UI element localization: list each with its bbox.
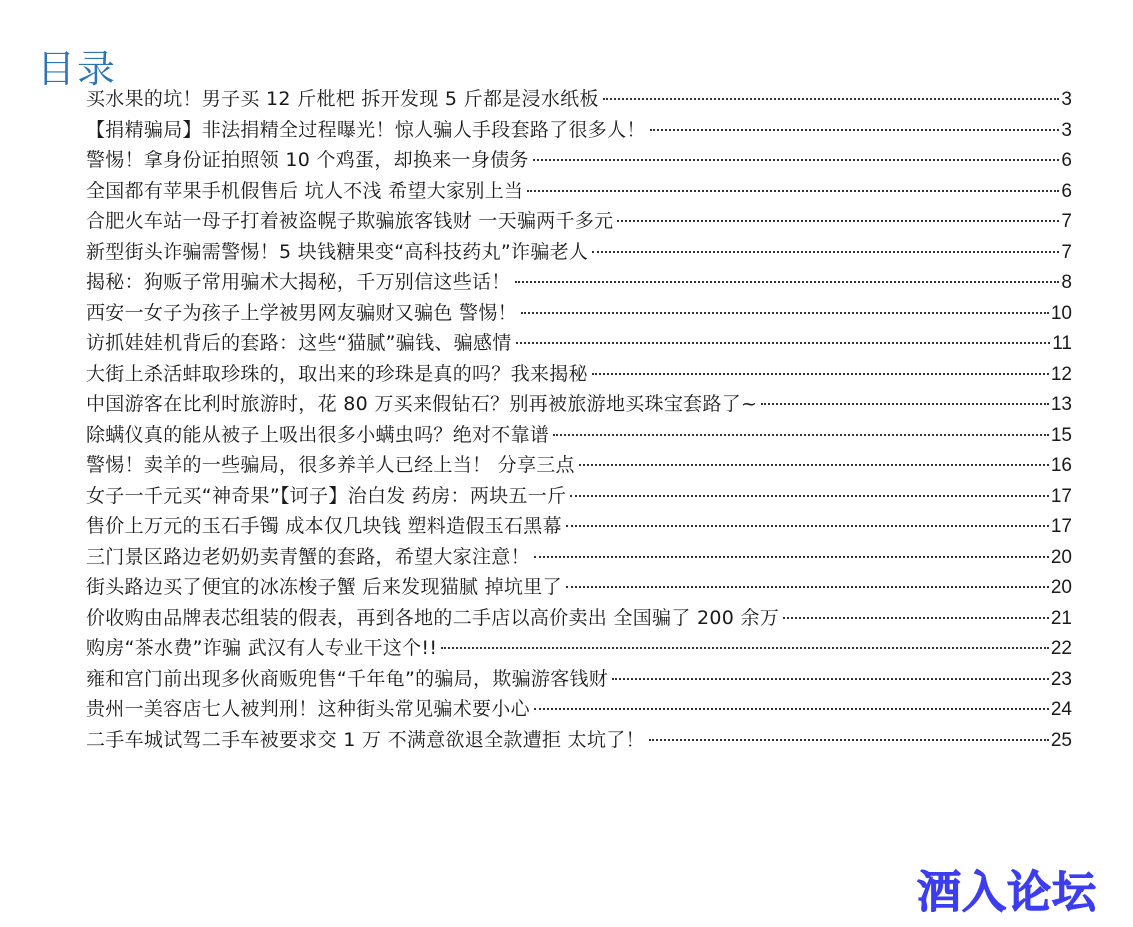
- toc-entry[interactable]: 售价上万元的玉石手镯 成本仅几块钱 塑料造假玉石黑幕17: [86, 511, 1072, 542]
- toc-entry[interactable]: 三门景区路边老奶奶卖青蟹的套路，希望大家注意！20: [86, 542, 1072, 573]
- toc-entry-page: 21: [1051, 604, 1072, 635]
- dot-leader: [603, 98, 1060, 100]
- toc-entry-page: 15: [1051, 421, 1072, 452]
- toc-entry[interactable]: 【捐精骗局】非法捐精全过程曝光！惊人骗人手段套路了很多人！3: [86, 115, 1072, 146]
- toc-entry-title: 贵州一美容店七人被判刑！这种街头常见骗术要小心: [86, 694, 530, 725]
- toc-entry[interactable]: 中国游客在比利时旅游时，花 80 万买来假钻石？别再被旅游地买珠宝套路了~13: [86, 389, 1072, 420]
- toc-entry-title: 买水果的坑！男子买 12 斤枇杷 拆开发现 5 斤都是浸水纸板: [86, 84, 599, 115]
- toc-entry[interactable]: 买水果的坑！男子买 12 斤枇杷 拆开发现 5 斤都是浸水纸板3: [86, 84, 1072, 115]
- dot-leader: [617, 220, 1059, 222]
- toc-entry-title: 访抓娃娃机背后的套路：这些“猫腻”骗钱、骗感情: [86, 328, 512, 359]
- toc-entry-title: 揭秘：狗贩子常用骗术大揭秘，千万别信这些话！: [86, 267, 511, 298]
- toc-entry-page: 6: [1061, 146, 1072, 177]
- toc-entry[interactable]: 西安一女子为孩子上学被男网友骗财又骗色 警惕！10: [86, 298, 1072, 329]
- toc-entry-page: 20: [1051, 543, 1072, 574]
- dot-leader: [783, 617, 1049, 619]
- dot-leader: [592, 251, 1059, 253]
- toc-entry[interactable]: 访抓娃娃机背后的套路：这些“猫腻”骗钱、骗感情11: [86, 328, 1072, 359]
- toc-entry[interactable]: 女子一千元买“神奇果”【诃子】治白发 药房：两块五一斤17: [86, 481, 1072, 512]
- toc-entry[interactable]: 二手车城试驾二手车被要求交 1 万 不满意欲退全款遭拒 太坑了！25: [86, 725, 1072, 756]
- dot-leader: [534, 708, 1049, 710]
- toc-entry[interactable]: 街头路边买了便宜的冰冻梭子蟹 后来发现猫腻 掉坑里了20: [86, 572, 1072, 603]
- toc-entry[interactable]: 全国都有苹果手机假售后 坑人不浅 希望大家别上当6: [86, 176, 1072, 207]
- toc-entry-title: 大街上杀活蚌取珍珠的，取出来的珍珠是真的吗？我来揭秘: [86, 359, 588, 390]
- toc-entry-page: 12: [1051, 360, 1072, 391]
- toc-entry[interactable]: 合肥火车站一母子打着被盗幌子欺骗旅客钱财 一天骗两千多元7: [86, 206, 1072, 237]
- dot-leader: [566, 525, 1049, 527]
- toc-entry-page: 3: [1061, 85, 1072, 116]
- toc-entry[interactable]: 价收购由品牌表芯组装的假表，再到各地的二手店以高价卖出 全国骗了 200 余万2…: [86, 603, 1072, 634]
- toc-entry-page: 13: [1051, 390, 1072, 421]
- toc-entry[interactable]: 雍和宫门前出现多伙商贩兜售“千年龟”的骗局，欺骗游客钱财23: [86, 664, 1072, 695]
- toc-entry-title: 中国游客在比利时旅游时，花 80 万买来假钻石？别再被旅游地买珠宝套路了~: [86, 389, 757, 420]
- watermark-logo: 酒入论坛: [917, 868, 1097, 918]
- dot-leader: [650, 129, 1060, 131]
- toc-entry-title: 新型街头诈骗需警惕！5 块钱糖果变“高科技药丸”诈骗老人: [86, 237, 588, 268]
- toc-entry[interactable]: 警惕！拿身份证拍照领 10 个鸡蛋，却换来一身债务6: [86, 145, 1072, 176]
- toc-entry-page: 3: [1061, 116, 1072, 147]
- toc-entry-page: 8: [1061, 268, 1072, 299]
- toc-entry-title: 价收购由品牌表芯组装的假表，再到各地的二手店以高价卖出 全国骗了 200 余万: [86, 603, 779, 634]
- toc-entry-page: 22: [1051, 634, 1072, 665]
- toc-entry[interactable]: 购房“茶水费”诈骗 武汉有人专业干这个!!22: [86, 633, 1072, 664]
- toc-entry-title: 雍和宫门前出现多伙商贩兜售“千年龟”的骗局，欺骗游客钱财: [86, 664, 608, 695]
- toc-entry-title: 全国都有苹果手机假售后 坑人不浅 希望大家别上当: [86, 176, 523, 207]
- dot-leader: [441, 647, 1049, 649]
- toc-entry-page: 6: [1061, 177, 1072, 208]
- toc-entry-page: 23: [1051, 665, 1072, 696]
- toc-entry[interactable]: 大街上杀活蚌取珍珠的，取出来的珍珠是真的吗？我来揭秘12: [86, 359, 1072, 390]
- toc-entry-page: 24: [1051, 695, 1072, 726]
- toc-entry-page: 25: [1051, 726, 1072, 757]
- dot-leader: [761, 403, 1049, 405]
- toc-entry[interactable]: 贵州一美容店七人被判刑！这种街头常见骗术要小心24: [86, 694, 1072, 725]
- table-of-contents: 买水果的坑！男子买 12 斤枇杷 拆开发现 5 斤都是浸水纸板3 【捐精骗局】非…: [86, 84, 1072, 755]
- toc-entry-title: 街头路边买了便宜的冰冻梭子蟹 后来发现猫腻 掉坑里了: [86, 572, 562, 603]
- toc-entry-page: 11: [1052, 329, 1072, 360]
- toc-entry-title: 女子一千元买“神奇果”【诃子】治白发 药房：两块五一斤: [86, 481, 566, 512]
- dot-leader: [553, 434, 1049, 436]
- toc-entry-page: 7: [1061, 207, 1072, 238]
- dot-leader: [521, 312, 1049, 314]
- dot-leader: [527, 190, 1059, 192]
- toc-entry[interactable]: 警惕！卖羊的一些骗局，很多养羊人已经上当！ 分享三点16: [86, 450, 1072, 481]
- dot-leader: [566, 586, 1049, 588]
- toc-entry-title: 警惕！拿身份证拍照领 10 个鸡蛋，却换来一身债务: [86, 145, 529, 176]
- toc-entry-page: 17: [1051, 482, 1072, 513]
- toc-entry[interactable]: 揭秘：狗贩子常用骗术大揭秘，千万别信这些话！8: [86, 267, 1072, 298]
- toc-entry-title: 【捐精骗局】非法捐精全过程曝光！惊人骗人手段套路了很多人！: [86, 115, 646, 146]
- dot-leader: [570, 495, 1049, 497]
- dot-leader: [516, 342, 1051, 344]
- toc-entry-title: 购房“茶水费”诈骗 武汉有人专业干这个!!: [86, 633, 437, 664]
- toc-entry-page: 16: [1051, 451, 1072, 482]
- toc-entry-page: 10: [1051, 299, 1072, 330]
- toc-entry-page: 7: [1061, 238, 1072, 269]
- toc-entry-title: 除螨仪真的能从被子上吸出很多小螨虫吗？绝对不靠谱: [86, 420, 549, 451]
- dot-leader: [515, 281, 1060, 283]
- toc-entry-title: 售价上万元的玉石手镯 成本仅几块钱 塑料造假玉石黑幕: [86, 511, 562, 542]
- toc-entry-title: 西安一女子为孩子上学被男网友骗财又骗色 警惕！: [86, 298, 517, 329]
- toc-entry[interactable]: 新型街头诈骗需警惕！5 块钱糖果变“高科技药丸”诈骗老人7: [86, 237, 1072, 268]
- toc-entry-page: 20: [1051, 573, 1072, 604]
- dot-leader: [579, 464, 1049, 466]
- dot-leader: [534, 556, 1049, 558]
- toc-entry-title: 二手车城试驾二手车被要求交 1 万 不满意欲退全款遭拒 太坑了！: [86, 725, 645, 756]
- toc-entry-page: 17: [1051, 512, 1072, 543]
- toc-entry-title: 三门景区路边老奶奶卖青蟹的套路，希望大家注意！: [86, 542, 530, 573]
- toc-entry-title: 警惕！卖羊的一些骗局，很多养羊人已经上当！ 分享三点: [86, 450, 575, 481]
- dot-leader: [592, 373, 1049, 375]
- dot-leader: [612, 678, 1049, 680]
- dot-leader: [533, 159, 1060, 161]
- toc-entry-title: 合肥火车站一母子打着被盗幌子欺骗旅客钱财 一天骗两千多元: [86, 206, 613, 237]
- dot-leader: [649, 739, 1049, 741]
- toc-entry[interactable]: 除螨仪真的能从被子上吸出很多小螨虫吗？绝对不靠谱15: [86, 420, 1072, 451]
